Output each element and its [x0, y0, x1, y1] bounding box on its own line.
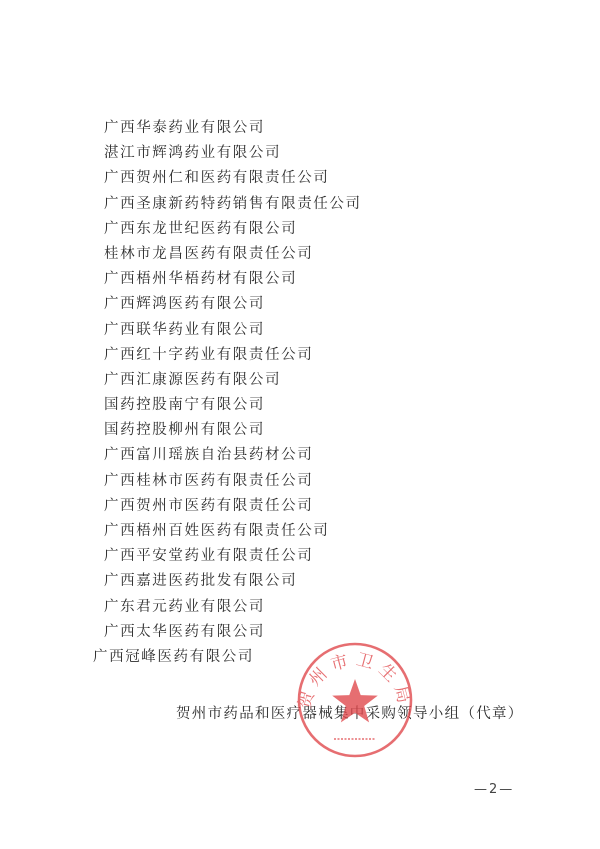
list-item: 广西辉鸿医药有限公司 [104, 292, 362, 317]
list-item: 广西平安堂药业有限责任公司 [104, 544, 362, 569]
signature-line: 贺州市药品和医疗器械集中采购领导小组（代章） [176, 702, 524, 723]
list-item: 广西冠峰医药有限公司 [93, 645, 362, 670]
company-list: 广西华泰药业有限公司 湛江市辉鸿药业有限公司 广西贺州仁和医药有限责任公司 广西… [104, 116, 362, 670]
list-item: 广西嘉进医药批发有限公司 [104, 569, 362, 594]
page-number: —2— [474, 782, 514, 797]
list-item: 广西联华药业有限公司 [104, 318, 362, 343]
list-item: 广西桂林市医药有限责任公司 [104, 469, 362, 494]
list-item: 国药控股南宁有限公司 [104, 393, 362, 418]
list-item: 广西圣康新药特药销售有限责任公司 [104, 192, 362, 217]
list-item: 广西梧州华梧药材有限公司 [104, 267, 362, 292]
list-item: 广西汇康源医药有限公司 [104, 368, 362, 393]
list-item: 广西贺州仁和医药有限责任公司 [104, 166, 362, 191]
list-item: 广西华泰药业有限公司 [104, 116, 362, 141]
list-item: 广西红十字药业有限责任公司 [104, 343, 362, 368]
list-item: 桂林市龙昌医药有限责任公司 [104, 242, 362, 267]
list-item: 广东君元药业有限公司 [104, 595, 362, 620]
document-page: 广西华泰药业有限公司 湛江市辉鸿药业有限公司 广西贺州仁和医药有限责任公司 广西… [0, 0, 600, 849]
list-item: 国药控股柳州有限公司 [104, 418, 362, 443]
list-item: 广西东龙世纪医药有限公司 [104, 217, 362, 242]
list-item: 广西太华医药有限公司 [104, 620, 362, 645]
list-item: 广西富川瑶族自治县药材公司 [104, 443, 362, 468]
list-item: 广西贺州市医药有限责任公司 [104, 494, 362, 519]
list-item: 广西梧州百姓医药有限责任公司 [104, 519, 362, 544]
list-item: 湛江市辉鸿药业有限公司 [104, 141, 362, 166]
